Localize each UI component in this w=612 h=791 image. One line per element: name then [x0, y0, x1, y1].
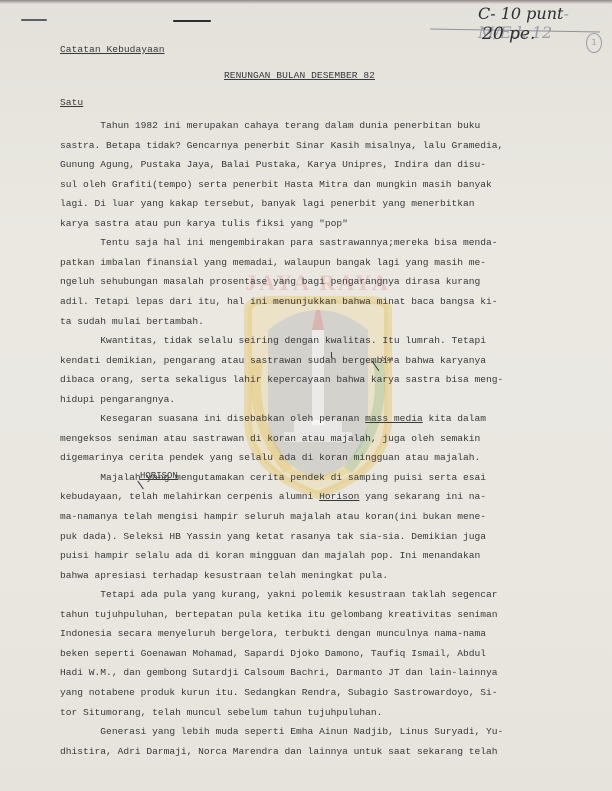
handwritten-note-ink: C- 10 punt: [478, 4, 563, 23]
text-line: sul oleh Grafiti(tempo) serta penerbit H…: [60, 179, 492, 190]
annotation-horison: HORISON: [140, 471, 178, 481]
text-line: patkan imbalan finansial yang memadai, w…: [60, 257, 486, 268]
text-line: Tentu saja hal ini mengembirakan para sa…: [60, 237, 498, 248]
handwritten-circle-mark: 1: [586, 33, 602, 53]
text-line: bahwa apresiasi terhadap kesustraan tela…: [60, 570, 388, 581]
handwritten-note-bottom: 20 pe.: [482, 24, 535, 44]
text-line: Majalah yang mengutamakan cerita pendek …: [60, 472, 486, 483]
text-line: Kwantitas, tidak selalu seiring dengan k…: [60, 335, 486, 346]
section-label: Catatan Kebudayaan: [60, 44, 165, 55]
text-line: digemarinya cerita pendek yang selalu ad…: [60, 452, 480, 463]
annotation-bisa: bisa: [381, 356, 393, 363]
insertion-tick: [331, 352, 332, 358]
bracket-mark: [173, 20, 211, 22]
section-heading: Satu: [60, 97, 83, 108]
text-line: puisi hampir selalu ada di koran minggua…: [60, 550, 480, 561]
text-line: tor Situmorang, telah muncul sebelum tah…: [60, 707, 382, 718]
text-line: dibaca orang, serta sekaligus lahir kepe…: [60, 374, 503, 385]
text-line: lagi. Di luar yang kakap tersebut, banya…: [60, 198, 475, 209]
document-page: JAYA RAYA C- 10 punt- M/Ed. 12 20 pe. 1 …: [0, 0, 612, 791]
text-line: kebudayaan, telah melahirkan cerpenis al…: [60, 491, 486, 502]
text-line: sastra. Betapa tidak? Gencarnya penerbit…: [60, 140, 503, 151]
text-line: Tetapi ada pula yang kurang, yakni polem…: [60, 589, 498, 600]
text-line: dhistira, Adri Darmaji, Norca Marendra d…: [60, 746, 498, 757]
text-line: kendati demikian, pengarang atau sastraw…: [60, 355, 486, 366]
text-line: yang notabene produk kurun itu. Sedangka…: [60, 687, 498, 698]
text-line: Generasi yang lebih muda seperti Emha Ai…: [60, 726, 503, 737]
text-line: ta sudah mulai bertambah.: [60, 316, 204, 327]
text-line: tahun tujuhpuluhan, bertepatan pula keti…: [60, 609, 498, 620]
text-line: Tahun 1982 ini merupakan cahaya terang d…: [60, 120, 480, 131]
text-line: puk dada). Seleksi HB Yassin yang ketat …: [60, 531, 486, 542]
text-line: mengeksos seniman atau sastrawan di kora…: [60, 433, 480, 444]
text-line: Kesegaran suasana ini disebabkan oleh pe…: [60, 413, 486, 424]
text-line: Gunung Agung, Pustaka Jaya, Balai Pustak…: [60, 159, 486, 170]
document-title: RENUNGAN BULAN DESEMBER 82: [224, 70, 375, 81]
text-line: beken seperti Goenawan Mohamad, Sapardi …: [60, 648, 486, 659]
text-line: Indonesia secara menyeluruh bergelora, t…: [60, 628, 486, 639]
text-line: hidupi pengarangnya.: [60, 394, 175, 405]
text-line: ngeluh sehubungan masalah prosentase yan…: [60, 276, 480, 287]
text-line: karya sastra atau pun karya tulis fiksi …: [60, 218, 348, 229]
text-line: ma-namanya telah mengisi hampir seluruh …: [60, 511, 486, 522]
text-line: Hadi W.M., dan gembong Sutardji Calsoum …: [60, 667, 498, 678]
text-line: adil. Tetapi lepas dari itu, hal ini men…: [60, 296, 498, 307]
staple-mark: [21, 19, 47, 21]
